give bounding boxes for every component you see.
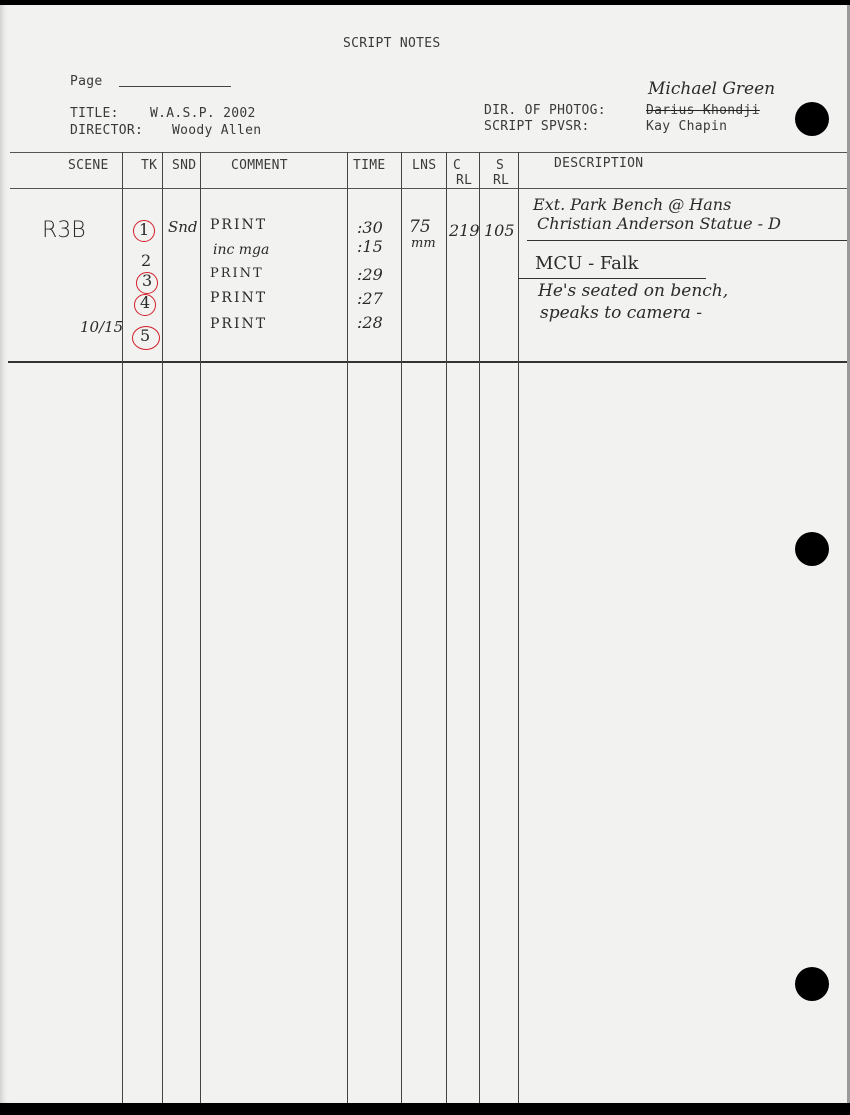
header-time: TIME — [353, 158, 386, 173]
col-divider-scene — [122, 152, 123, 1103]
col-divider-time — [401, 152, 402, 1103]
binder-hole-top — [795, 102, 829, 136]
header-lns: LNS — [412, 158, 436, 173]
take-number: 1 — [139, 220, 149, 239]
lens-unit: mm — [411, 236, 436, 251]
lens-value: 75 — [409, 217, 431, 237]
supervisor-value: Kay Chapin — [646, 119, 727, 134]
title-value: W.A.S.P. 2002 — [150, 106, 256, 121]
take-time: :30 — [357, 218, 383, 237]
table-top-rule — [10, 152, 850, 153]
take-comment: PRINT — [210, 217, 267, 233]
take-number: 3 — [142, 271, 152, 290]
header-description: DESCRIPTION — [554, 156, 643, 171]
header-srl-bottom: RL — [493, 173, 509, 188]
col-divider-crl — [479, 152, 480, 1103]
scene-number: R3B — [42, 218, 86, 243]
take-time: :29 — [357, 265, 383, 284]
form-heading: SCRIPT NOTES — [343, 36, 441, 51]
header-snd: SND — [172, 158, 196, 173]
dop-value-handwritten: Michael Green — [648, 79, 775, 99]
description-location-line1: Ext. Park Bench @ Hans — [533, 195, 731, 214]
header-crl-bottom: RL — [456, 173, 472, 188]
take-comment: PRINT — [210, 266, 264, 281]
col-divider-lns — [446, 152, 447, 1103]
col-divider-srl — [518, 152, 519, 1103]
director-value: Woody Allen — [172, 123, 261, 138]
take-comment: PRINT — [210, 290, 267, 306]
header-tk: TK — [141, 158, 157, 173]
dop-label: DIR. OF PHOTOG: — [484, 103, 606, 118]
script-notes-page: SCRIPT NOTES Page TITLE: W.A.S.P. 2002 D… — [0, 5, 850, 1103]
page-number-field[interactable] — [119, 86, 231, 87]
camera-roll: 219 — [449, 221, 480, 240]
binder-hole-middle — [795, 532, 829, 566]
supervisor-label: SCRIPT SPVSR: — [484, 119, 590, 134]
scene-date: 10/15 — [80, 318, 123, 336]
page-label: Page — [70, 74, 103, 89]
description-location-line2: Christian Anderson Statue - D — [537, 214, 781, 233]
sound-roll: 105 — [484, 221, 515, 240]
col-divider-comment — [347, 152, 348, 1103]
header-srl-top: S — [496, 158, 504, 173]
take-number: 4 — [140, 293, 150, 312]
take-time: :27 — [357, 289, 383, 308]
entry-bottom-rule — [8, 361, 850, 363]
col-divider-snd — [200, 152, 201, 1103]
take-time: :28 — [357, 313, 383, 332]
title-label: TITLE: — [70, 106, 119, 121]
header-comment: COMMENT — [231, 158, 288, 173]
description-shot: MCU - Falk — [535, 253, 639, 274]
director-label: DIRECTOR: — [70, 123, 143, 138]
take-comment: PRINT — [210, 316, 267, 332]
take-number: 5 — [140, 326, 150, 345]
sound-entry: Snd — [168, 218, 198, 236]
header-crl-top: C — [453, 158, 461, 173]
take-time: :15 — [357, 237, 383, 256]
dop-value-struck: Darius Khondji — [646, 103, 760, 118]
binder-hole-bottom — [795, 967, 829, 1001]
description-action-line1: He's seated on bench, — [538, 281, 728, 301]
header-bottom-rule — [10, 188, 850, 189]
header-scene: SCENE — [68, 158, 109, 173]
col-divider-tk — [162, 152, 163, 1103]
description-underline — [527, 240, 850, 241]
shot-underline — [518, 278, 706, 279]
take-number: 2 — [141, 251, 151, 270]
description-action-line2: speaks to camera - — [540, 303, 702, 323]
take-comment: inc mga — [213, 242, 269, 258]
